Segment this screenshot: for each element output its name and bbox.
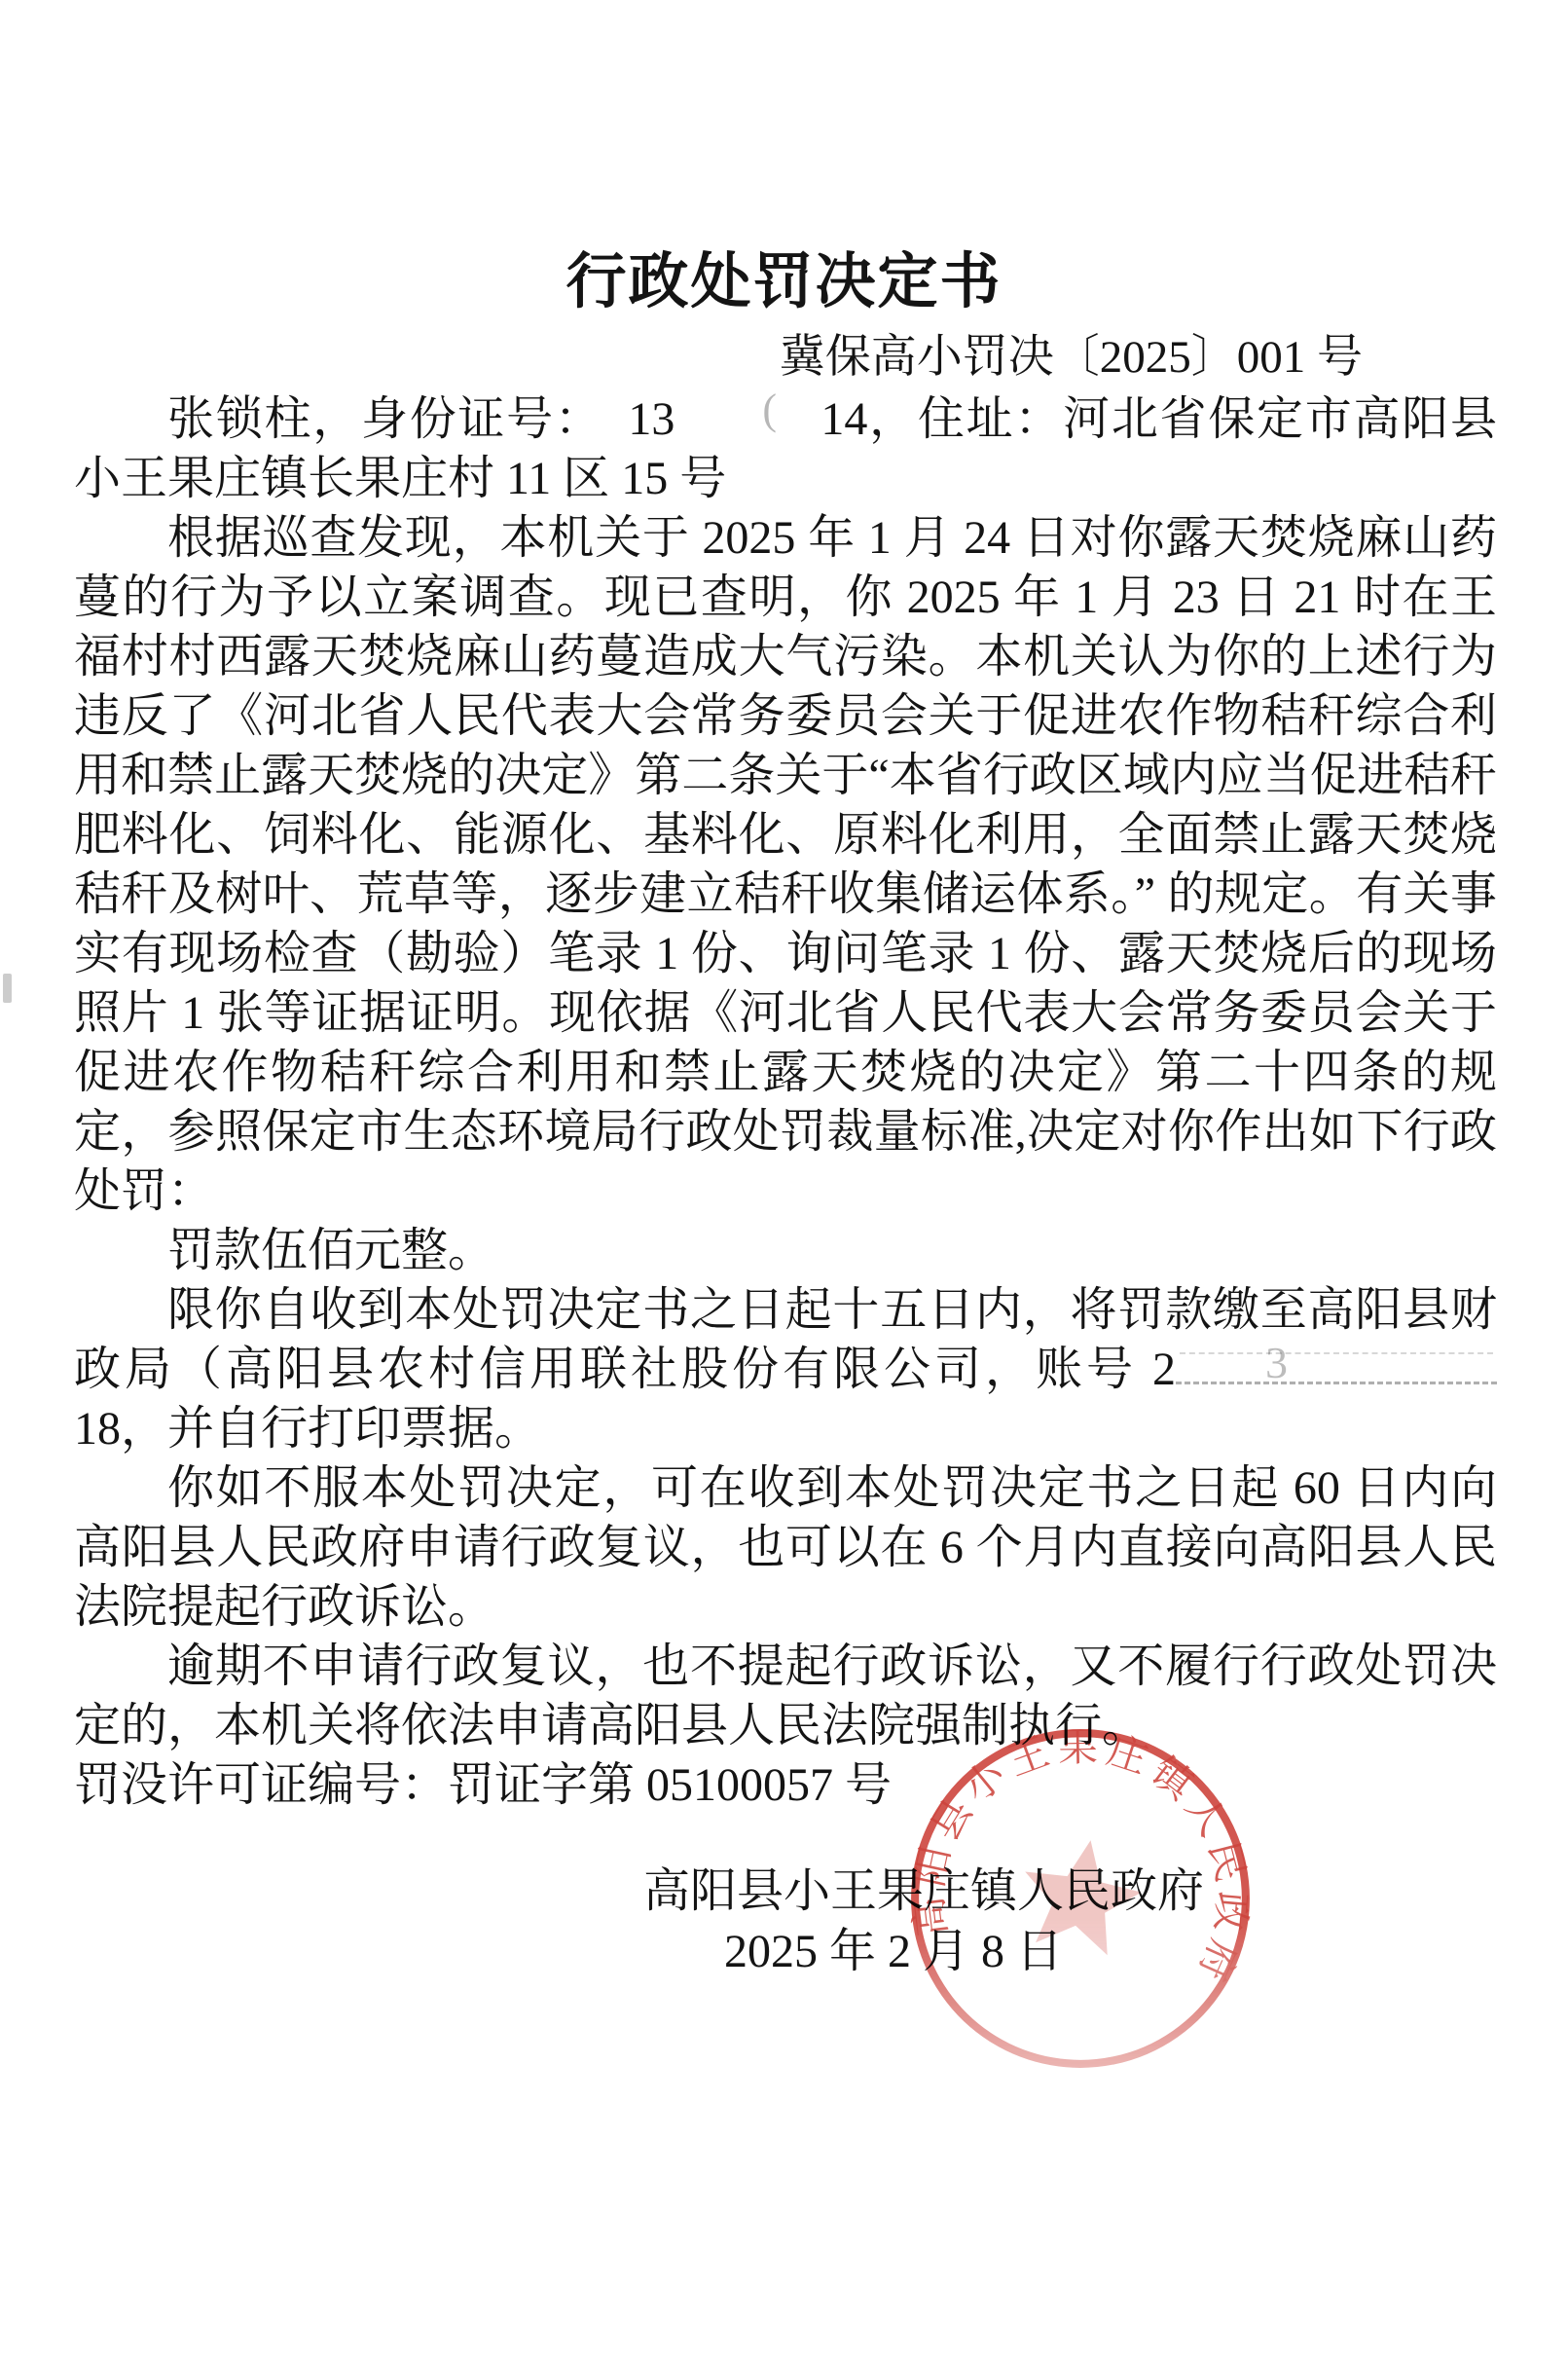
recipient-text-before-id: 张锁柱，身份证号： 13 <box>167 393 675 445</box>
penalty-decision-document: 行政处罚决定书 冀保高小罚决〔2025〕001 号 张锁柱，身份证号： 13(1… <box>0 0 1568 2359</box>
document-number: 冀保高小罚决〔2025〕001 号 <box>0 325 1568 389</box>
appeal-rights-paragraph: 你如不服本处罚决定，可在收到本处罚决定书之日起 60 日内向高阳县人民政府申请行… <box>74 1458 1497 1637</box>
scan-edge-artifact <box>3 974 12 1003</box>
issue-date: 2025 年 2 月 8 日 <box>74 1922 1497 1982</box>
account-erasure-remnant: 3 <box>1172 1333 1288 1392</box>
page-title: 行政处罚决定书 <box>0 0 1568 321</box>
redacted-account-number: 3 <box>1176 1341 1497 1384</box>
payment-text-after-account: 18，并自行打印票据。 <box>74 1403 541 1455</box>
redacted-id-number: ( <box>675 424 820 434</box>
payment-paragraph: 限你自收到本处罚决定书之日起十五日内，将罚款缴至高阳县财政局（高阳县农村信用联社… <box>74 1280 1497 1458</box>
document-body: 张锁柱，身份证号： 13(14，住址：河北省保定市高阳县小王果庄镇长果庄村 11… <box>74 389 1497 1982</box>
recipient-paragraph: 张锁柱，身份证号： 13(14，住址：河北省保定市高阳县小王果庄镇长果庄村 11… <box>74 389 1497 508</box>
id-erasure-remnant: ( <box>669 380 777 439</box>
issuing-authority: 高阳县小王果庄镇人民政府 <box>74 1861 1497 1922</box>
signature-block: 高阳县小王果庄镇人民政府 2025 年 2 月 8 日 <box>74 1861 1497 1982</box>
penalty-license-number-line: 罚没许可证编号：罚证字第 05100057 号 <box>74 1755 1497 1815</box>
penalty-paragraph: 罚款伍佰元整。 <box>74 1221 1497 1280</box>
enforcement-paragraph: 逾期不申请行政复议，也不提起行政诉讼，又不履行行政处罚决定的，本机关将依法申请高… <box>74 1637 1497 1755</box>
investigation-paragraph: 根据巡查发现，本机关于 2025 年 1 月 24 日对你露天焚烧麻山药蔓的行为… <box>74 508 1497 1221</box>
